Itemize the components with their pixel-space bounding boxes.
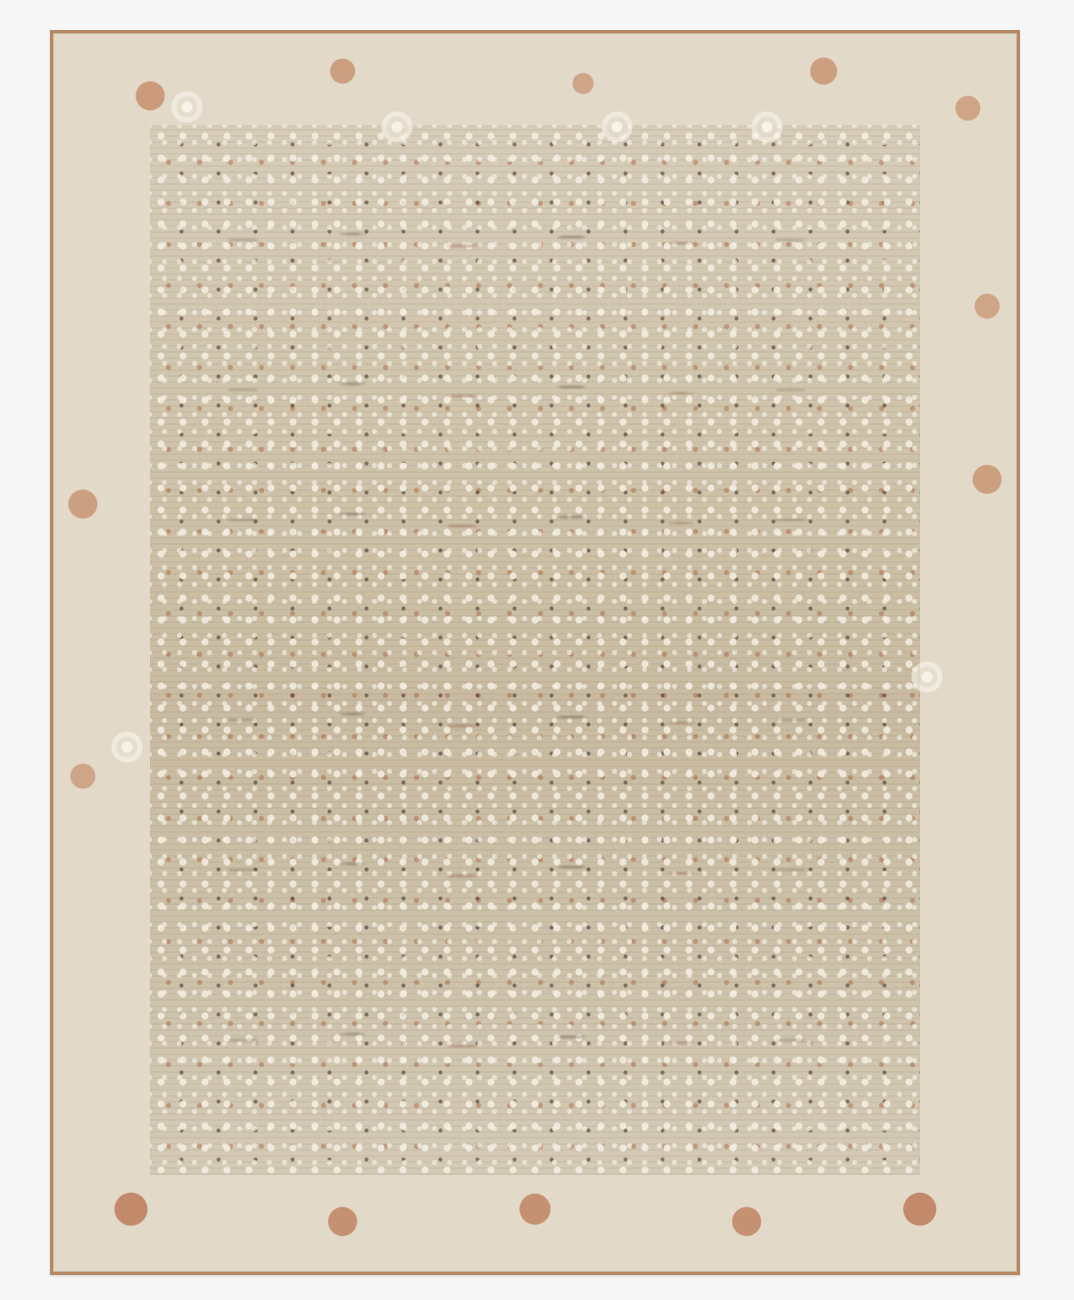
rug-image bbox=[50, 30, 1020, 1275]
rug-edge bbox=[50, 30, 1020, 1275]
